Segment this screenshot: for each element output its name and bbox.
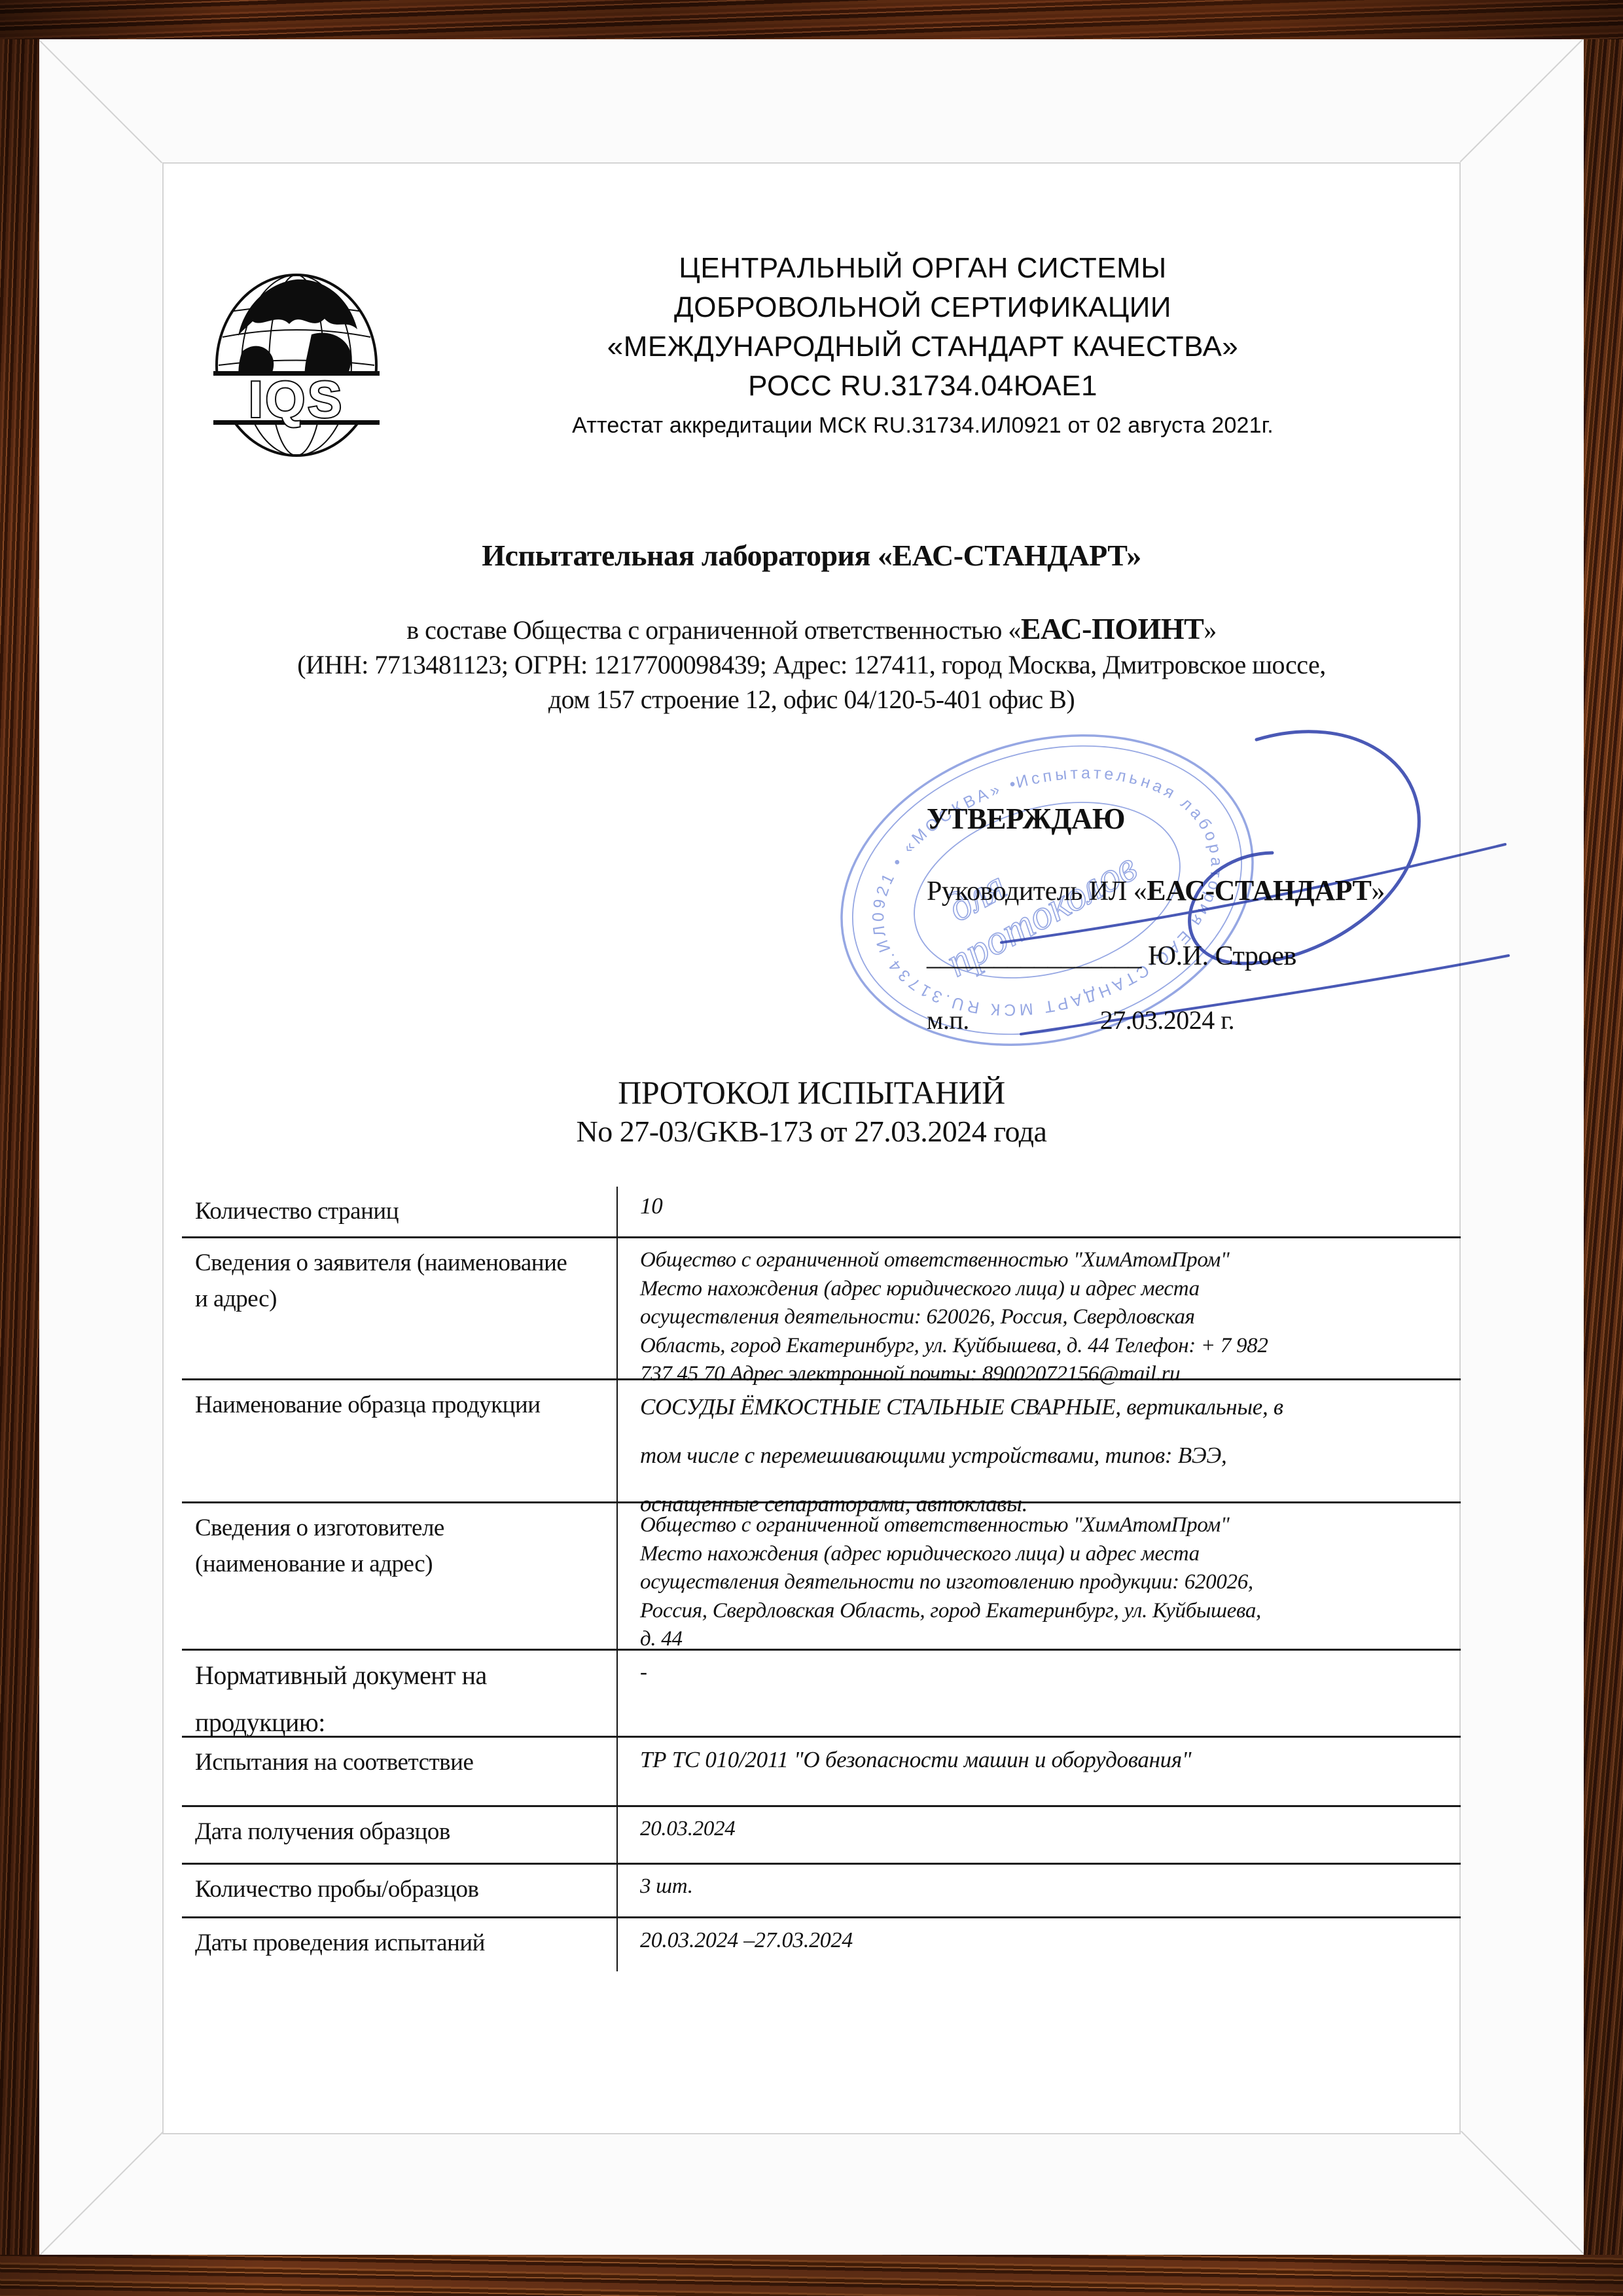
table-row: Количество пробы/образцов 3 шт.	[182, 1865, 1461, 1918]
comp-company: ЕАС-ПОИНТ	[1021, 612, 1204, 645]
protocol-details-table: Количество страниц 10 Сведения о заявите…	[182, 1187, 1461, 1971]
table-row: Сведения о заявителя (наименование и адр…	[182, 1238, 1461, 1380]
table-row: Даты проведения испытаний 20.03.2024 –27…	[182, 1918, 1461, 1971]
table-row: Сведения о изготовителе (наименование и …	[182, 1503, 1461, 1651]
row-value: -	[616, 1651, 1461, 1736]
lab-details-line2: дом 157 строение 12, офис 04/120-5-401 о…	[164, 682, 1459, 717]
row-value: 20.03.2024 –27.03.2024	[616, 1918, 1461, 1971]
comp-prefix: в составе Общества с ограниченной ответс…	[406, 615, 1021, 645]
frame-wood-top	[0, 0, 1623, 39]
lab-composition-line: в составе Общества с ограниченной ответс…	[164, 611, 1459, 647]
iqs-banner: IQS	[213, 370, 380, 428]
document-paper: IQS ЦЕНТРАЛЬНЫЙ ОРГАН СИСТЕМЫ ДОБРОВОЛЬН…	[162, 162, 1461, 2134]
mat-miter-line	[1459, 39, 1584, 163]
row-label: Количество страниц	[182, 1187, 616, 1236]
row-value: СОСУДЫ ЁМКОСТНЫЕ СТАЛЬНЫЕ СВАРНЫЕ, верти…	[616, 1380, 1461, 1501]
table-row: Наименование образца продукции СОСУДЫ ЁМ…	[182, 1380, 1461, 1503]
row-value: 3 шт.	[616, 1865, 1461, 1916]
frame-mat: IQS ЦЕНТРАЛЬНЫЙ ОРГАН СИСТЕМЫ ДОБРОВОЛЬН…	[39, 39, 1584, 2255]
mat-miter-line	[39, 2132, 164, 2256]
row-label: Испытания на соответствие	[182, 1738, 616, 1805]
org-header-line: ЦЕНТРАЛЬНЫЙ ОРГАН СИСТЕМЫ	[438, 249, 1407, 288]
table-column-divider	[616, 1187, 618, 1971]
row-label: Сведения о изготовителе (наименование и …	[182, 1503, 616, 1649]
framed-document-photo: IQS ЦЕНТРАЛЬНЫЙ ОРГАН СИСТЕМЫ ДОБРОВОЛЬН…	[0, 0, 1623, 2296]
row-label: Количество пробы/образцов	[182, 1865, 616, 1916]
row-value: 20.03.2024	[616, 1807, 1461, 1863]
lab-details-line1: (ИНН: 7713481123; ОГРН: 1217700098439; А…	[164, 647, 1459, 682]
table-row: Количество страниц 10	[182, 1187, 1461, 1238]
org-header-block: ЦЕНТРАЛЬНЫЙ ОРГАН СИСТЕМЫ ДОБРОВОЛЬНОЙ С…	[438, 249, 1407, 440]
row-label: Дата получения образцов	[182, 1807, 616, 1863]
row-value: 10	[616, 1187, 1461, 1236]
iqs-logo-text: IQS	[249, 370, 344, 428]
table-row: Нормативный документ на продукцию: -	[182, 1651, 1461, 1738]
comp-suffix: »	[1204, 615, 1217, 645]
frame-wood-left	[0, 39, 39, 2255]
org-header-line: РОСС RU.31734.04ЮАЕ1	[438, 367, 1407, 406]
accreditation-line: Аттестат аккредитации МСК RU.31734.ИЛ092…	[438, 411, 1407, 440]
row-label: Сведения о заявителя (наименование и адр…	[182, 1238, 616, 1378]
row-label: Нормативный документ на продукцию:	[182, 1651, 616, 1736]
row-label: Даты проведения испытаний	[182, 1918, 616, 1971]
table-row: Испытания на соответствие ТР ТС 010/2011…	[182, 1738, 1461, 1807]
row-label: Наименование образца продукции	[182, 1380, 616, 1501]
row-value: Общество с ограниченной ответственностью…	[616, 1503, 1461, 1649]
mat-miter-line	[39, 39, 163, 164]
iqs-globe-logo-icon: IQS	[213, 272, 380, 460]
frame-wood-bottom	[0, 2255, 1623, 2296]
frame-wood-right	[1584, 39, 1623, 2255]
row-value: ТР ТС 010/2011 "О безопасности машин и о…	[616, 1738, 1461, 1805]
row-value: Общество с ограниченной ответственностью…	[616, 1238, 1461, 1378]
round-stamp-and-signature: Испытательная лаборатория ЕАС-СТАНДАРТ М…	[805, 720, 1525, 1086]
lab-title: Испытательная лаборатория «ЕАС-СТАНДАРТ»	[164, 538, 1459, 573]
org-header-line: ДОБРОВОЛЬНОЙ СЕРТИФИКАЦИИ	[438, 288, 1407, 327]
protocol-number-line: No 27-03/GKB-173 от 27.03.2024 года	[164, 1114, 1459, 1149]
mat-miter-line	[1461, 2130, 1585, 2255]
org-header-line: «МЕЖДУНАРОДНЫЙ СТАНДАРТ КАЧЕСТВА»	[438, 327, 1407, 367]
table-row: Дата получения образцов 20.03.2024	[182, 1807, 1461, 1865]
lab-composition-block: в составе Общества с ограниченной ответс…	[164, 611, 1459, 717]
